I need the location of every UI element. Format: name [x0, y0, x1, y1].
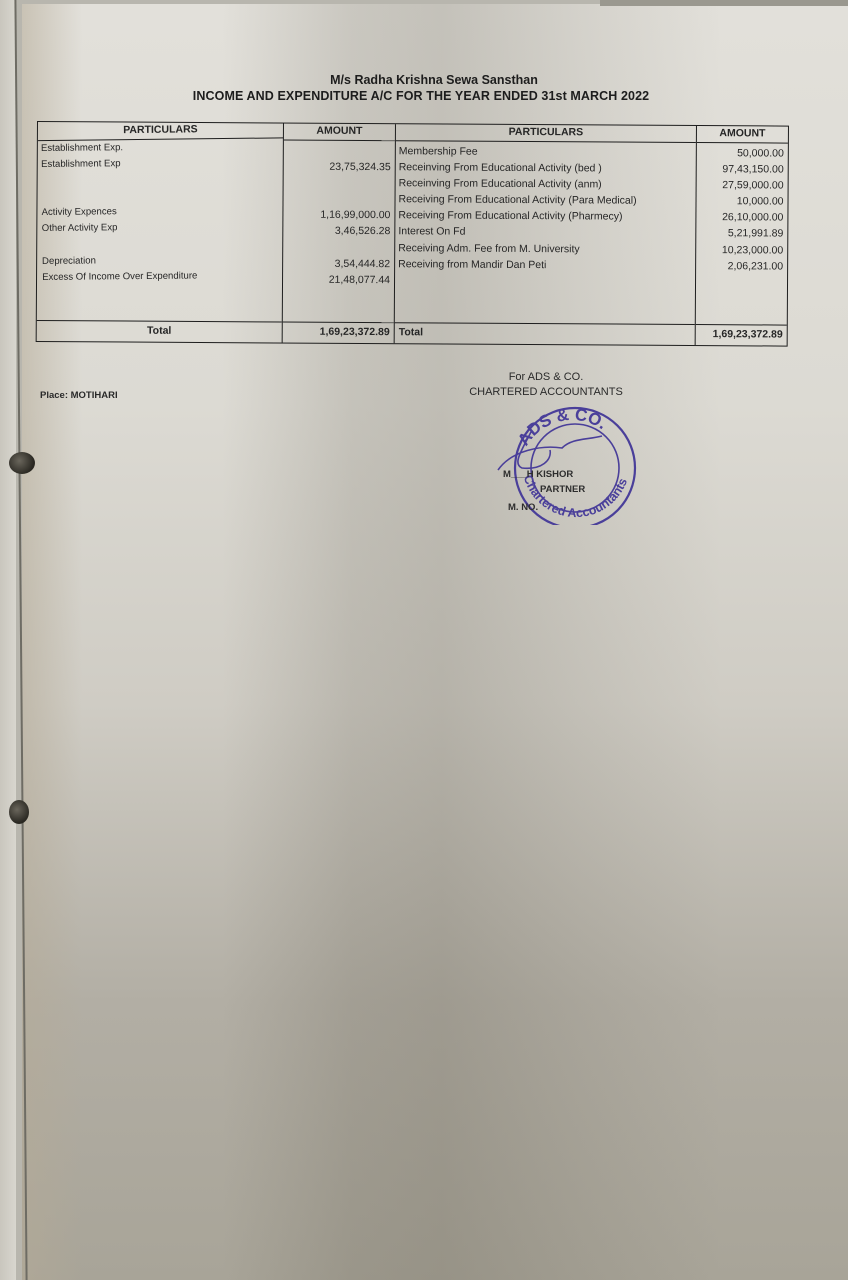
auditor-title: CHARTERED ACCOUNTANTS: [455, 385, 637, 400]
row-amount: 1,16,99,000.00: [283, 207, 394, 224]
row-amount: [284, 143, 395, 160]
row-amount: [284, 175, 395, 192]
row-amount: 10,23,000.00: [696, 242, 787, 259]
column-header: AMOUNT: [697, 126, 788, 144]
row-amount: 5,21,991.89: [696, 225, 787, 242]
row-amount: 26,10,000.00: [696, 209, 787, 226]
row-amount: 23,75,324.35: [284, 159, 395, 176]
membership-number: M. NO.: [508, 502, 538, 513]
row-particular: Excess Of Income Over Expenditure: [39, 267, 284, 285]
row-particular: Membership Fee: [396, 143, 696, 161]
row-particular: Receinving From Educational Activity (be…: [396, 159, 696, 177]
column-header: PARTICULARS: [396, 124, 696, 143]
statement-title: INCOME AND EXPENDITURE A/C FOR THE YEAR …: [0, 88, 848, 104]
income-amount-column: AMOUNT 50,000.0097,43,150.0027,59,000.00…: [696, 126, 788, 346]
row-amount: 10,000.00: [696, 193, 787, 210]
column-header: AMOUNT: [284, 124, 395, 142]
binder-ring-icon: [9, 452, 35, 474]
row-amount: 97,43,150.00: [697, 161, 788, 178]
row-amount: 27,59,000.00: [697, 177, 788, 194]
total-label: Total: [395, 322, 695, 345]
binder-edge: [0, 0, 16, 1280]
page-top-edge: [600, 0, 848, 6]
row-particular: Interest On Fd: [395, 224, 695, 242]
total-amount: 1,69,23,372.89: [283, 322, 394, 344]
signatory-role: PARTNER: [540, 484, 585, 495]
signatory-name: M___H KISHOR: [503, 469, 573, 480]
auditor-firm: For ADS & CO.: [455, 370, 637, 385]
total-amount: 1,69,23,372.89: [696, 324, 787, 346]
income-expenditure-table: PARTICULARS Establishment Exp.Establishm…: [36, 121, 789, 347]
row-particular: Receiving From Educational Activity (Pha…: [395, 208, 695, 226]
row-amount: [283, 239, 394, 256]
row-amount: 3,54,444.82: [283, 255, 394, 272]
row-particular: Receinving From Educational Activity (an…: [396, 175, 696, 193]
total-label: Total: [37, 320, 282, 342]
row-particular: Receiving From Educational Activity (Par…: [395, 191, 695, 209]
expenditure-particulars-column: PARTICULARS Establishment Exp.Establishm…: [37, 122, 284, 342]
row-amount: [283, 191, 394, 208]
svg-text:ADS & CO.: ADS & CO.: [514, 405, 611, 449]
expenditure-amount-column: AMOUNT 23,75,324.351,16,99,000.003,46,52…: [283, 124, 396, 344]
income-particulars-column: PARTICULARS Membership FeeReceinving Fro…: [395, 124, 697, 345]
row-amount: 50,000.00: [697, 145, 788, 162]
row-particular: Receiving Adm. Fee from M. University: [395, 240, 695, 258]
binder-ring-icon: [9, 800, 29, 824]
place-label: Place: MOTIHARI: [40, 390, 118, 401]
organization-name: M/s Radha Krishna Sewa Sansthan: [20, 72, 848, 88]
row-amount: 3,46,526.28: [283, 223, 394, 240]
row-particular: Receiving from Mandir Dan Peti: [395, 256, 695, 274]
row-amount: 2,06,231.00: [696, 258, 787, 275]
auditor-block: For ADS & CO. CHARTERED ACCOUNTANTS: [455, 370, 637, 400]
row-amount: 21,48,077.44: [283, 271, 394, 288]
document-header: M/s Radha Krishna Sewa Sansthan INCOME A…: [0, 72, 848, 104]
